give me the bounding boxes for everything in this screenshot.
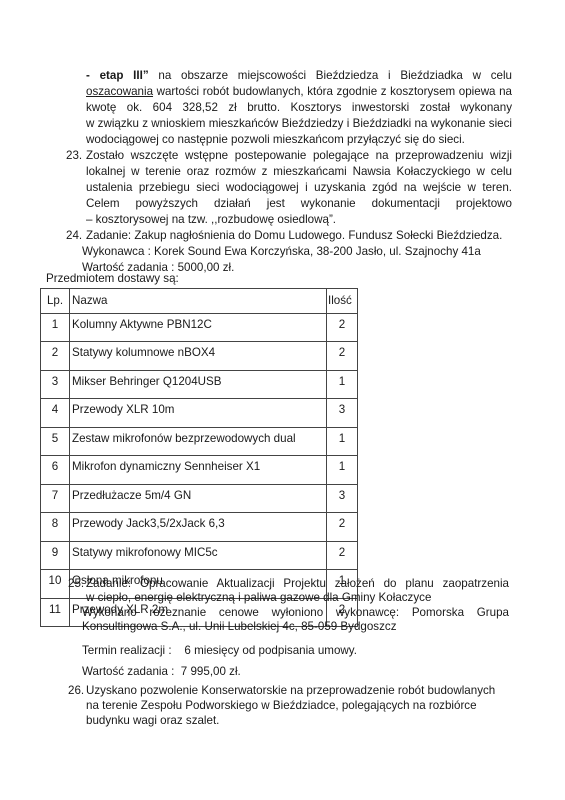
row-ilosc: 2 xyxy=(327,541,358,570)
row-ilosc: 2 xyxy=(327,342,358,371)
table-row: 6Mikrofon dynamiczny Sennheiser X11 xyxy=(41,456,358,485)
item24-line: Zadanie: Zakup nagłośnienia do Domu Ludo… xyxy=(86,228,502,243)
item26-number: 26. xyxy=(68,683,84,698)
table-row: 5Zestaw mikrofonów bezprzewodowych dual1 xyxy=(41,427,358,456)
item26-line: Uzyskano pozwolenie Konserwatorskie na p… xyxy=(86,683,495,698)
item23-number: 23. xyxy=(66,148,82,163)
row-lp: 1 xyxy=(41,313,70,342)
row-lp: 8 xyxy=(41,513,70,542)
item25-line: Zadanie: Opracowanie Aktualizacji Projek… xyxy=(86,576,509,591)
row-lp: 9 xyxy=(41,541,70,570)
item25-line: w ciepło, energię elektryczną i paliwa g… xyxy=(86,590,431,605)
row-nazwa: Mikser Behringer Q1204USB xyxy=(70,370,327,399)
header-ilosc: Ilość xyxy=(327,289,358,314)
item25-line: Konsultingowa S.A., ul. Unii Lubelskiej … xyxy=(82,619,397,634)
item25-term: Termin realizacji : 6 miesięcy od podpis… xyxy=(82,643,357,658)
item25-line: Wykonano rozeznanie cenowe wyłoniono wyk… xyxy=(82,605,509,620)
item23-line: lokalnej w terenie oraz rozmów z mieszka… xyxy=(86,164,512,179)
item26-line: budynku wagi oraz szalet. xyxy=(86,713,219,728)
row-lp: 3 xyxy=(41,370,70,399)
row-lp: 6 xyxy=(41,456,70,485)
row-lp: 11 xyxy=(41,598,70,627)
item22-line1: - etap III” na obszarze miejscowości Bie… xyxy=(86,68,512,83)
underlined-word: oszacowania xyxy=(86,85,153,98)
row-lp: 7 xyxy=(41,484,70,513)
row-ilosc: 2 xyxy=(327,513,358,542)
item26-line: na terenie Zespołu Podworskiego w Bieźdz… xyxy=(86,698,477,713)
item22-line2-text: wartości robót budowlanych, która zgodni… xyxy=(153,85,512,98)
delivery-intro: Przedmiotem dostawy są: xyxy=(46,271,179,286)
item25-number: 25. xyxy=(68,576,84,591)
table-row: 1Kolumny Aktywne PBN12C2 xyxy=(41,313,358,342)
row-nazwa: Mikrofon dynamiczny Sennheiser X1 xyxy=(70,456,327,485)
item24-line: Wykonawca : Korek Sound Ewa Korczyńska, … xyxy=(82,244,481,259)
table-row: 2Statywy kolumnowe nBOX42 xyxy=(41,342,358,371)
row-ilosc: 1 xyxy=(327,427,358,456)
row-nazwa: Przewody XLR 10m xyxy=(70,399,327,428)
row-nazwa: Zestaw mikrofonów bezprzewodowych dual xyxy=(70,427,327,456)
table-row: 7Przedłużacze 5m/4 GN3 xyxy=(41,484,358,513)
item25-value: Wartość zadania : 7 995,00 zł. xyxy=(82,664,241,679)
row-lp: 2 xyxy=(41,342,70,371)
row-ilosc: 1 xyxy=(327,370,358,399)
row-lp: 4 xyxy=(41,399,70,428)
row-nazwa: Przewody Jack3,5/2xJack 6,3 xyxy=(70,513,327,542)
table-row: 4Przewody XLR 10m3 xyxy=(41,399,358,428)
item22-line1-text: na obszarze miejscowości Bieździedza i B… xyxy=(149,69,512,82)
table-row: 9Statywy mikrofonowy MIC5c2 xyxy=(41,541,358,570)
item23-line: – kosztorysowej na tzw. ,,rozbudowę osie… xyxy=(86,212,336,227)
row-ilosc: 3 xyxy=(327,484,358,513)
table-header-row: Lp. Nazwa Ilość xyxy=(41,289,358,314)
stage-label: - etap III” xyxy=(86,69,149,82)
item23-line: Celem powyższych działań jest wykonanie … xyxy=(86,196,512,211)
row-lp: 5 xyxy=(41,427,70,456)
header-nazwa: Nazwa xyxy=(70,289,327,314)
item22-line3: kwotę ok. 604 328,52 zł brutto. Kosztory… xyxy=(86,100,512,115)
item24-number: 24. xyxy=(66,228,82,243)
item22-line2: oszacowania wartości robót budowlanych, … xyxy=(86,84,512,99)
table-row: 8Przewody Jack3,5/2xJack 6,32 xyxy=(41,513,358,542)
row-nazwa: Kolumny Aktywne PBN12C xyxy=(70,313,327,342)
row-nazwa: Statywy kolumnowe nBOX4 xyxy=(70,342,327,371)
row-nazwa: Przedłużacze 5m/4 GN xyxy=(70,484,327,513)
item22-line5: wodociągowej co następnie pozwoli mieszk… xyxy=(86,132,465,147)
row-lp: 10 xyxy=(41,570,70,599)
item23-line: Zostało wszczęte wstępne postepowanie po… xyxy=(86,148,512,163)
row-ilosc: 1 xyxy=(327,456,358,485)
table-row: 3Mikser Behringer Q1204USB1 xyxy=(41,370,358,399)
item23-line: ustalenia przebiegu sieci wodociągowej i… xyxy=(86,180,512,195)
header-lp: Lp. xyxy=(41,289,70,314)
row-ilosc: 2 xyxy=(327,313,358,342)
row-ilosc: 3 xyxy=(327,399,358,428)
row-nazwa: Statywy mikrofonowy MIC5c xyxy=(70,541,327,570)
item22-line4: w związku z wnioskiem mieszkańców Bieźdz… xyxy=(86,116,512,131)
